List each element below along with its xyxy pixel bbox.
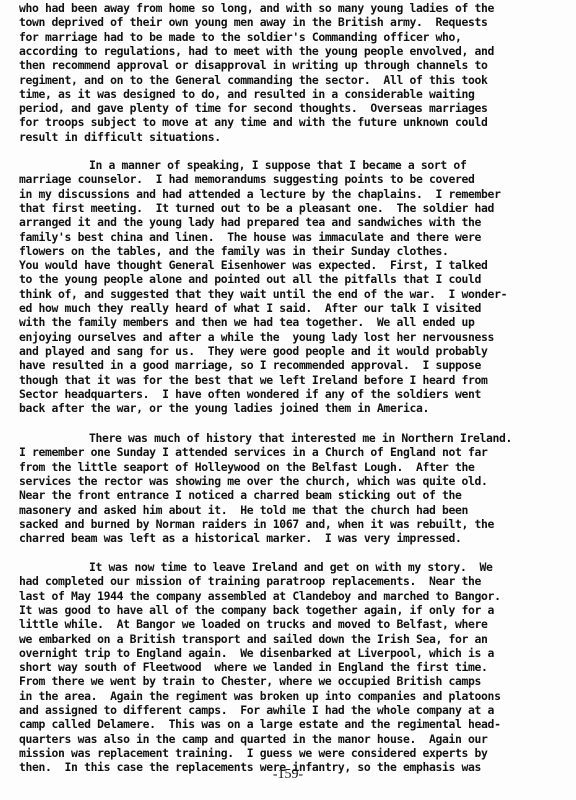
text-line: back after the war, or the young ladies … xyxy=(19,401,429,415)
text-line: last of May 1944 the company assembled a… xyxy=(19,589,501,603)
text-line: that first meeting. It turned out to be … xyxy=(19,201,494,215)
text-line: overnight trip to England again. We dise… xyxy=(19,646,494,660)
text-line: though that it was for the best that we … xyxy=(19,373,488,387)
text-line: and assigned to different camps. For awh… xyxy=(19,703,494,717)
text-line: You would have thought General Eisenhowe… xyxy=(19,258,488,272)
text-line: who had been away from home so long, and… xyxy=(19,1,494,15)
document-page: who had been away from home so long, and… xyxy=(0,0,576,800)
text-line: short way south of Fleetwood where we la… xyxy=(19,660,488,674)
text-line: services the rector was showing me over … xyxy=(19,474,488,488)
text-line: result in difficult situations. xyxy=(19,130,221,144)
text-line: with the family members and then we had … xyxy=(19,315,475,329)
page-number: -159- xyxy=(0,767,576,783)
text-line: charred beam was left as a historical ma… xyxy=(19,531,462,545)
text-line: in the area. Again the regiment was brok… xyxy=(19,689,501,703)
text-line: I remember one Sunday I attended service… xyxy=(19,445,488,459)
text-line: There was much of history that intereste… xyxy=(89,431,512,445)
text-line: from the little seaport of Holleywood on… xyxy=(19,460,475,474)
text-line: have resulted in a good marriage, so I r… xyxy=(19,358,481,372)
text-line: think of, and suggested that they wait u… xyxy=(19,287,507,301)
text-line: for troops subject to move at any time a… xyxy=(19,115,488,129)
text-line: had completed our mission of training pa… xyxy=(19,574,481,588)
text-line: quarters was also in the camp and quarte… xyxy=(19,732,488,746)
text-line: and played and sang for us. They were go… xyxy=(19,344,488,358)
text-line: It was good to have all of the company b… xyxy=(19,603,494,617)
text-line: Sector headquarters. I have often wonder… xyxy=(19,387,481,401)
text-line: little while. At Bangor we loaded on tru… xyxy=(19,617,488,631)
text-line: time, as it was designed to do, and resu… xyxy=(19,87,475,101)
text-line: to the young people alone and pointed ou… xyxy=(19,272,481,286)
text-line: camp called Delamere. This was on a larg… xyxy=(19,717,501,731)
text-line: marriage counselor. I had memorandums su… xyxy=(19,172,475,186)
text-line: sacked and burned by Norman raiders in 1… xyxy=(19,517,494,531)
text-line: ed how much they really heard of what I … xyxy=(19,301,481,315)
text-line: arranged it and the young lady had prepa… xyxy=(19,215,481,229)
text-line: for marriage had to be made to the soldi… xyxy=(19,30,462,44)
text-line: enjoying ourselves and after a while the… xyxy=(19,330,494,344)
text-line: according to regulations, had to meet wi… xyxy=(19,44,494,58)
text-line: then recommend approval or disapproval i… xyxy=(19,58,488,72)
text-line: period, and gave plenty of time for seco… xyxy=(19,101,488,115)
text-line: town deprived of their own young men awa… xyxy=(19,15,488,29)
text-line: in my discussions and had attended a lec… xyxy=(19,187,501,201)
text-line: Near the front entrance I noticed a char… xyxy=(19,488,462,502)
text-line: family's best china and linen. The house… xyxy=(19,230,481,244)
text-line: From there we went by train to Chester, … xyxy=(19,674,481,688)
text-line: In a manner of speaking, I suppose that … xyxy=(89,158,466,172)
text-line: masonery and asked him about it. He told… xyxy=(19,503,468,517)
text-line: we embarked on a British transport and s… xyxy=(19,632,488,646)
text-line: It was now time to leave Ireland and get… xyxy=(89,560,492,574)
text-line: mission was replacement training. I gues… xyxy=(19,746,488,760)
text-line: regiment, and on to the General commandi… xyxy=(19,73,488,87)
text-line: flowers on the tables, and the family wa… xyxy=(19,244,449,258)
